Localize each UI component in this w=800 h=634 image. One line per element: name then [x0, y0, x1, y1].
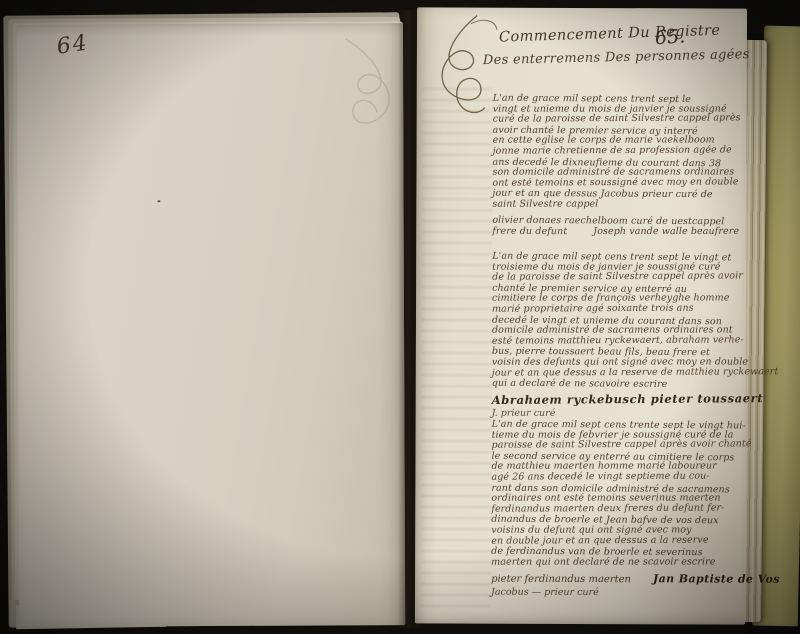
- manuscript-line: maerten qui ont declaré de ne scavoir es…: [491, 557, 747, 568]
- manuscript-line: jonne marie chretienne de sa profession …: [493, 145, 749, 157]
- manuscript-line: saint Silvestre cappel: [492, 199, 748, 210]
- witness-signature: Jan Baptiste de Vos: [653, 572, 780, 585]
- burial-entry-1: L'an de grace mil sept cens trent sept l…: [492, 94, 748, 211]
- witness-signature: Abrahaem ryckebusch pieter toussaert: [492, 391, 748, 407]
- manuscript-line: qui a declaré de ne scavoire escrire: [492, 379, 748, 391]
- burial-entry-3: L'an de grace mil sept cens trente sept …: [491, 420, 748, 569]
- priest-signature: Jacobus — prieur curé: [491, 587, 747, 599]
- witness-name: Joseph vande walle beaufrere: [593, 227, 739, 238]
- register-heading-line1: Commencement Du Registre: [499, 23, 721, 46]
- left-page-number: 64: [55, 30, 90, 59]
- manuscript-line: de la paroisse de saint Silvestre cappel…: [492, 272, 748, 284]
- burial-entry-2-signatures: Abrahaem ryckebusch pieter toussaert J. …: [492, 392, 748, 420]
- right-page: Commencement Du Registre 65. Des enterre…: [415, 7, 747, 624]
- witness-name: frere du defunt: [492, 226, 567, 237]
- right-page-number: 65.: [654, 25, 686, 49]
- witness-signature: pieter ferdinandus maerten: [491, 574, 631, 585]
- photo-of-open-register: { "book": { "left_page_number": "64", "r…: [0, 0, 800, 634]
- manuscript-line: curé de la paroisse de saint Silvestre c…: [493, 114, 749, 126]
- manuscript-line: agé 26 ans decedé le vingt septieme du c…: [491, 471, 747, 483]
- left-page: 64: [17, 23, 406, 627]
- ink-showthrough: [421, 87, 493, 607]
- manuscript-line: marié proprietaire agé soixante trois an…: [492, 303, 748, 315]
- register-heading-line2: Des enterremens Des personnes agées: [483, 47, 750, 68]
- burial-entry-1-witnesses: olivier donaes raechelboom curé de uestc…: [492, 216, 748, 238]
- priest-signature: J. prieur curé: [492, 408, 748, 420]
- ink-speck: [157, 200, 160, 202]
- burial-entry-2: L'an de grace mil sept cens trent sept l…: [492, 252, 748, 391]
- burial-entry-3-signatures: pieter ferdinandus maerten Jan Baptiste …: [491, 572, 747, 599]
- manuscript-line: paroisse de saint Silvestre cappel après…: [492, 440, 748, 452]
